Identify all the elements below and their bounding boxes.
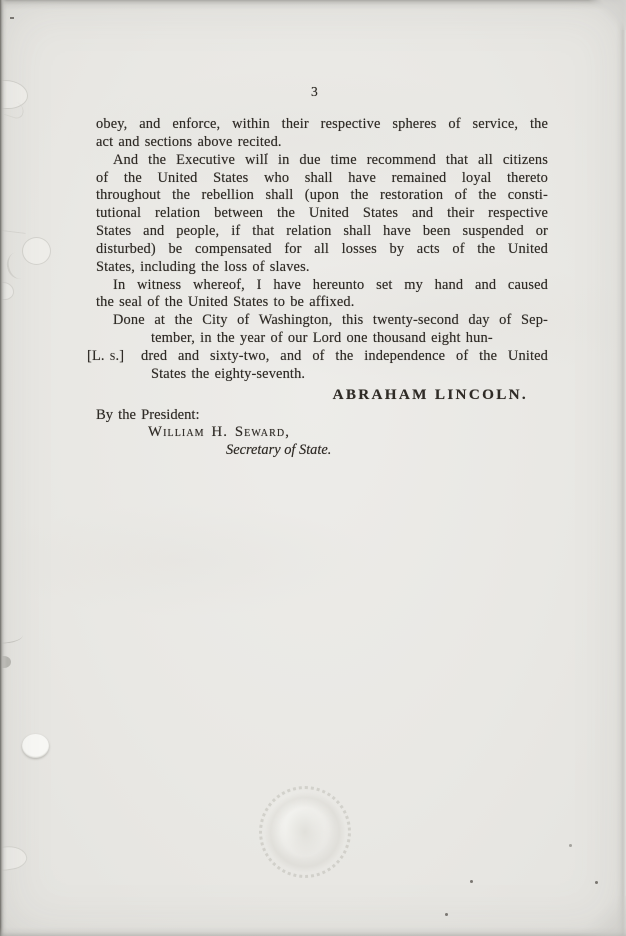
body-line: Done at the City of Washington, this twe… xyxy=(96,312,548,330)
ink-speck xyxy=(595,881,598,884)
scanned-document-page: 3 obey, and enforce, within their respec… xyxy=(0,0,626,936)
body-line: act and sections above recited. xyxy=(96,134,548,152)
scan-edge-right xyxy=(616,0,626,936)
body-line: tember, in the year of our Lord one thou… xyxy=(96,330,548,348)
ink-speck xyxy=(445,913,448,916)
body-line: disturbed) be compensated for all losses… xyxy=(96,241,548,259)
signature-abraham-lincoln: ABRAHAM LINCOLN. xyxy=(95,386,528,404)
body-line: And the Executive will in due time recom… xyxy=(96,152,548,170)
paper-tear xyxy=(22,237,51,265)
body-line: of the United States who shall have rema… xyxy=(96,170,548,188)
scan-edge-top xyxy=(0,0,626,10)
paper-tear xyxy=(0,80,28,109)
page-number: 3 xyxy=(311,84,318,100)
page-corner xyxy=(586,0,626,30)
punch-hole xyxy=(22,734,49,758)
ink-speck xyxy=(569,844,572,847)
secretary-of-state-title: Secretary of State. xyxy=(226,442,331,459)
by-the-president-line: By the President: xyxy=(96,407,200,424)
paper-tear xyxy=(0,282,14,300)
paper-tear xyxy=(0,656,11,668)
ink-speck xyxy=(10,17,14,19)
body-line: throughout the rebellion shall (upon the… xyxy=(96,187,548,205)
page-corner xyxy=(580,896,626,936)
embossed-seal-icon xyxy=(252,779,358,885)
paper-tear xyxy=(4,250,33,282)
body-line: [L. s.]dred and sixty-two, and of the in… xyxy=(96,348,548,366)
paper-tear xyxy=(4,100,26,121)
paper-tear xyxy=(0,843,29,872)
body-line: States, including the loss of slaves. xyxy=(96,259,548,277)
seward-name: William H. Seward, xyxy=(148,424,290,441)
body-line: States and people, if that relation shal… xyxy=(96,223,548,241)
paper-tear xyxy=(0,229,26,247)
body-line: In witness whereof, I have hereunto set … xyxy=(96,277,548,295)
scan-edge-left xyxy=(0,0,7,936)
ink-speck xyxy=(470,880,473,883)
body-line: States the eighty-seventh. xyxy=(96,366,548,384)
body-line: the seal of the United States to be affi… xyxy=(96,294,548,312)
body-line: obey, and enforce, within their respecti… xyxy=(96,116,548,134)
body-line: tutional relation between the United Sta… xyxy=(96,205,548,223)
paper-tear xyxy=(0,631,24,644)
scan-edge-bottom xyxy=(0,927,626,936)
document-body: obey, and enforce, within their respecti… xyxy=(96,116,548,384)
ls-seal-mark: [L. s.] xyxy=(87,348,124,366)
